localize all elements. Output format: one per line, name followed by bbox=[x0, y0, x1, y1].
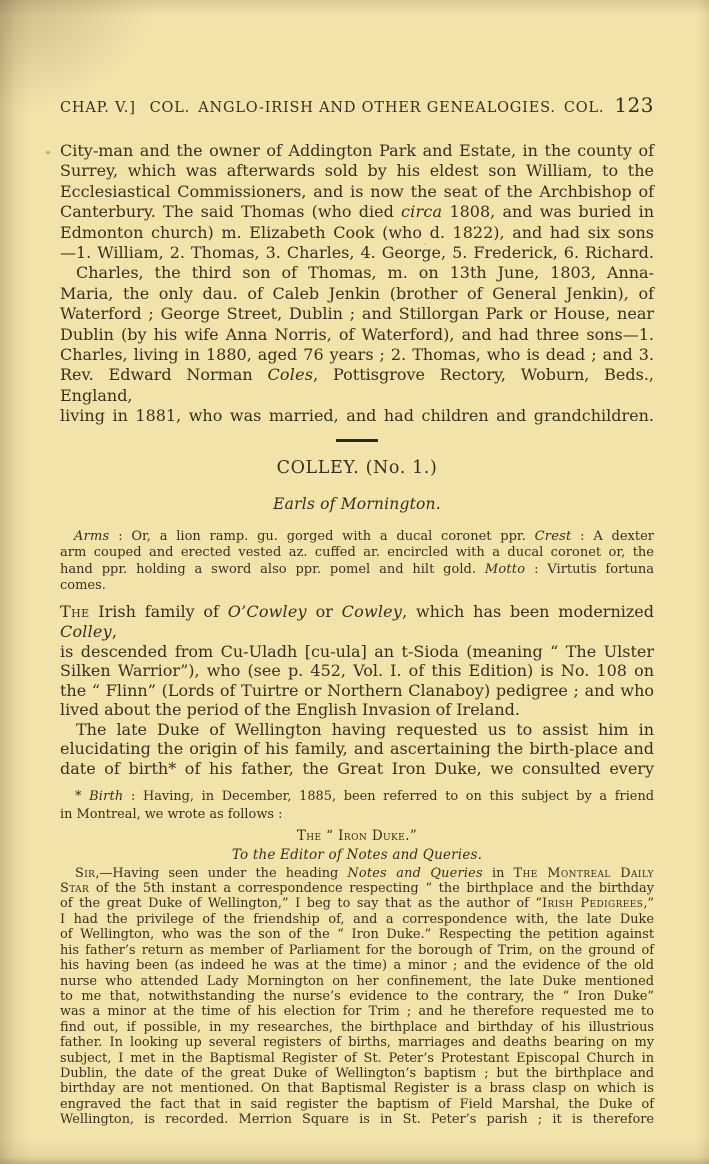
paragraph-irish-family: The Irish family of O’Cowley or Cowley, … bbox=[60, 602, 654, 720]
text-line: arm couped and erected vested az. cuffed… bbox=[60, 545, 654, 561]
text-line: Charles, the third son of Thomas, m. on … bbox=[60, 263, 654, 283]
text-line: date of birth* of his father, the Great … bbox=[60, 759, 654, 779]
paper-speck bbox=[46, 151, 50, 154]
text-line: Charles, living in 1880, aged 76 years ;… bbox=[60, 345, 654, 365]
footnote-editor-line: To the Editor of Notes and Queries. bbox=[60, 846, 654, 864]
text-line: of the great Duke of Wellington,” I beg … bbox=[60, 896, 654, 911]
text-line: of Wellington, who was the son of the “ … bbox=[60, 927, 654, 942]
text-line: Arms : Or, a lion ramp. gu. gorged with … bbox=[60, 529, 654, 545]
text-line: nurse who attended Lady Mornington on he… bbox=[60, 974, 654, 989]
text-line: engraved the fact that in said register … bbox=[60, 1097, 654, 1112]
text-line: lived about the period of the English In… bbox=[60, 700, 654, 720]
running-title: ANGLO-IRISH AND OTHER GENEALOGIES. bbox=[190, 100, 564, 116]
text-line: Waterford ; George Street, Dublin ; and … bbox=[60, 304, 654, 324]
paragraph-charles: Charles, the third son of Thomas, m. on … bbox=[60, 263, 654, 426]
text-line: City-man and the owner of Addington Park… bbox=[60, 141, 654, 161]
text-line: in Montreal, we wrote as follows : bbox=[60, 806, 654, 825]
text-line: elucidating the origin of his family, an… bbox=[60, 739, 654, 759]
section-heading: COLLEY. (No. 1.) bbox=[60, 457, 654, 479]
text-line: Star of the 5th instant a correspondence… bbox=[60, 881, 654, 896]
text-line: Wellington, is recorded. Merrion Square … bbox=[60, 1112, 654, 1127]
text-line: I had the privilege of the friendship of… bbox=[60, 912, 654, 927]
text-line: was a minor at the time of his election … bbox=[60, 1004, 654, 1019]
text-line: is descended from Cu-Uladh [cu-ula] an t… bbox=[60, 642, 654, 662]
text-line: Maria, the only dau. of Caleb Jenkin (br… bbox=[60, 284, 654, 304]
text-line: his father’s return as member of Parliam… bbox=[60, 943, 654, 958]
text-line: * Birth : Having, in December, 1885, bee… bbox=[60, 788, 654, 807]
header-col-abbrev-left: COL. bbox=[150, 100, 190, 116]
text-line: Sir,—Having seen under the heading Notes… bbox=[60, 866, 654, 881]
book-page: CHAP. V.] COL. ANGLO-IRISH AND OTHER GEN… bbox=[0, 0, 709, 1164]
text-line: Canterbury. The said Thomas (who died ci… bbox=[60, 202, 654, 222]
text-line: Surrey, which was afterwards sold by his… bbox=[60, 161, 654, 181]
text-line: Rev. Edward Norman Coles, Pottisgrove Re… bbox=[60, 365, 654, 406]
text-line: the “ Flinn” (Lords of Tuirtre or Northe… bbox=[60, 681, 654, 701]
text-line: Edmonton church) m. Elizabeth Cook (who … bbox=[60, 223, 654, 243]
section-divider bbox=[336, 439, 378, 442]
text-line: comes. bbox=[60, 578, 654, 594]
page-number: 123 bbox=[614, 93, 654, 117]
paragraph-late-duke: The late Duke of Wellington having reque… bbox=[60, 720, 654, 779]
text-line: his having been (as indeed he was at the… bbox=[60, 958, 654, 973]
text-line: subject, I met in the Baptismal Register… bbox=[60, 1051, 654, 1066]
text-line: find out, if possible, in my researches,… bbox=[60, 1020, 654, 1035]
text-line: hand ppr. holding a sword also ppr. pome… bbox=[60, 562, 654, 578]
footnote-intro: * Birth : Having, in December, 1885, bee… bbox=[60, 788, 654, 825]
text-line: Silken Warrior”), who (see p. 452, Vol. … bbox=[60, 661, 654, 681]
page-body: City-man and the owner of Addington Park… bbox=[60, 141, 654, 1128]
text-column: CHAP. V.] COL. ANGLO-IRISH AND OTHER GEN… bbox=[60, 93, 654, 1128]
footnote-heading: The “ Iron Duke.” bbox=[60, 827, 654, 845]
chapter-label: CHAP. V.] bbox=[60, 100, 136, 116]
text-line: to me that, notwithstanding the nurse’s … bbox=[60, 989, 654, 1004]
text-line: Dublin (by his wife Anna Norris, of Wate… bbox=[60, 325, 654, 345]
text-line: living in 1881, who was married, and had… bbox=[60, 406, 654, 426]
text-line: birthday are not mentioned. On that Bapt… bbox=[60, 1081, 654, 1096]
section-subheading: Earls of Mornington. bbox=[60, 494, 654, 514]
text-line: The late Duke of Wellington having reque… bbox=[60, 720, 654, 740]
text-line: father. In looking up several registers … bbox=[60, 1035, 654, 1050]
text-line: —1. William, 2. Thomas, 3. Charles, 4. G… bbox=[60, 243, 654, 263]
text-line: Ecclesiastical Commissioners, and is now… bbox=[60, 182, 654, 202]
text-line: The Irish family of O’Cowley or Cowley, … bbox=[60, 602, 654, 641]
paragraph-arms: Arms : Or, a lion ramp. gu. gorged with … bbox=[60, 529, 654, 595]
header-col-abbrev-right: COL. bbox=[564, 100, 604, 116]
footnote-letter: Sir,—Having seen under the heading Notes… bbox=[60, 866, 654, 1128]
running-header: CHAP. V.] COL. ANGLO-IRISH AND OTHER GEN… bbox=[60, 93, 654, 117]
paragraph-city-man: City-man and the owner of Addington Park… bbox=[60, 141, 654, 263]
text-line: Dublin, the date of the great Duke of We… bbox=[60, 1066, 654, 1081]
